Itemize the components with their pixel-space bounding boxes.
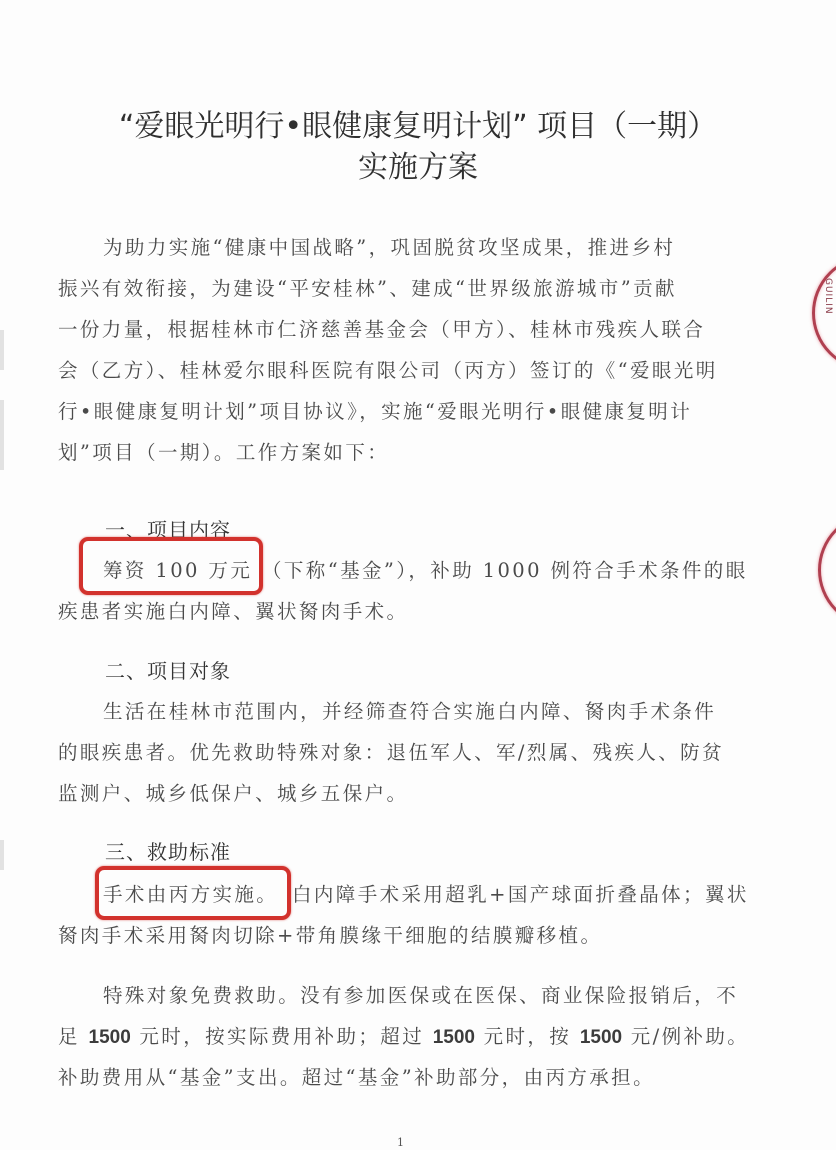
intro-line: 为助力实施“健康中国战略”，巩固脱贫攻坚成果，推进乡村 (103, 232, 675, 260)
official-seal-icon: GUILIN (812, 255, 836, 371)
intro-line: 一份力量，根据桂林市仁济慈善基金会（甲方）、桂林市残疾人联合 (58, 314, 705, 342)
section-3-paragraph2-line: 特殊对象免费救助。没有参加医保或在医保、商业保险报销后，不 (103, 980, 738, 1008)
scan-artifact (0, 840, 4, 870)
amount-value: 1500 (433, 1027, 475, 1048)
page-number: 1 (397, 1136, 404, 1149)
intro-line: 划”项目（一期）。工作方案如下： (58, 437, 389, 465)
amount-value: 1500 (89, 1027, 131, 1048)
section-3-line: 白内障手术采用超乳+国产球面折叠晶体；翼状 (292, 879, 749, 907)
section-3-line: 胬肉手术采用胬肉切除+带角膜缘干细胞的结膜瓣移植。 (58, 920, 602, 948)
section-2-line: 的眼疾患者。优先救助特殊对象：退伍军人、军/烈属、残疾人、防贫 (58, 737, 724, 765)
section-heading-2: 二、项目对象 (105, 655, 231, 684)
section-3-paragraph2-line: 足 1500 元时，按实际费用补助；超过 1500 元时，按 1500 元/例补… (58, 1021, 749, 1049)
scan-artifact (0, 330, 4, 370)
section-2-line: 生活在桂林市范围内，并经筛查符合实施白内障、胬肉手术条件 (103, 696, 716, 724)
section-2-line: 监测户、城乡低保户、城乡五保户。 (58, 778, 408, 806)
red-highlight-box-surgery (95, 866, 291, 920)
section-3-paragraph2-line: 补助费用从“基金”支出。超过“基金”补助部分，由丙方承担。 (58, 1062, 655, 1090)
section-1-line: 疾患者实施白内障、翼状胬肉手术。 (58, 596, 408, 624)
amount-value: 1500 (580, 1027, 622, 1048)
intro-line: 会（乙方）、桂林爱尔眼科医院有限公司（丙方）签订的《“爱眼光明 (58, 355, 718, 383)
document-title-line2: 实施方案 (0, 142, 836, 186)
intro-line: 行•眼健康复明计划”项目协议》，实施“爱眼光明行•眼健康复明计 (58, 396, 692, 424)
intro-line: 振兴有效衔接，为建设“平安桂林”、建成“世界级旅游城市”贡献 (58, 273, 677, 301)
official-seal-icon (818, 512, 836, 628)
scan-artifact (0, 400, 4, 470)
text-fragment: 元时，按 (484, 1025, 572, 1048)
section-heading-3: 三、救助标准 (105, 836, 231, 865)
text-fragment: 元时，按实际费用补助；超过 (139, 1025, 424, 1048)
document-title-line1: “爱眼光明行•眼健康复明计划” 项目（一期） (0, 101, 836, 145)
text-fragment: 元/例补助。 (631, 1025, 749, 1048)
section-1-line: （下称“基金”），补助 1000 例符合手术条件的眼 (262, 555, 748, 583)
document-page: “爱眼光明行•眼健康复明计划” 项目（一期） 实施方案 为助力实施“健康中国战略… (0, 0, 836, 1150)
seal-text: GUILIN (823, 278, 833, 315)
text-fragment: 足 (58, 1025, 80, 1048)
red-highlight-box-funding (79, 537, 263, 595)
